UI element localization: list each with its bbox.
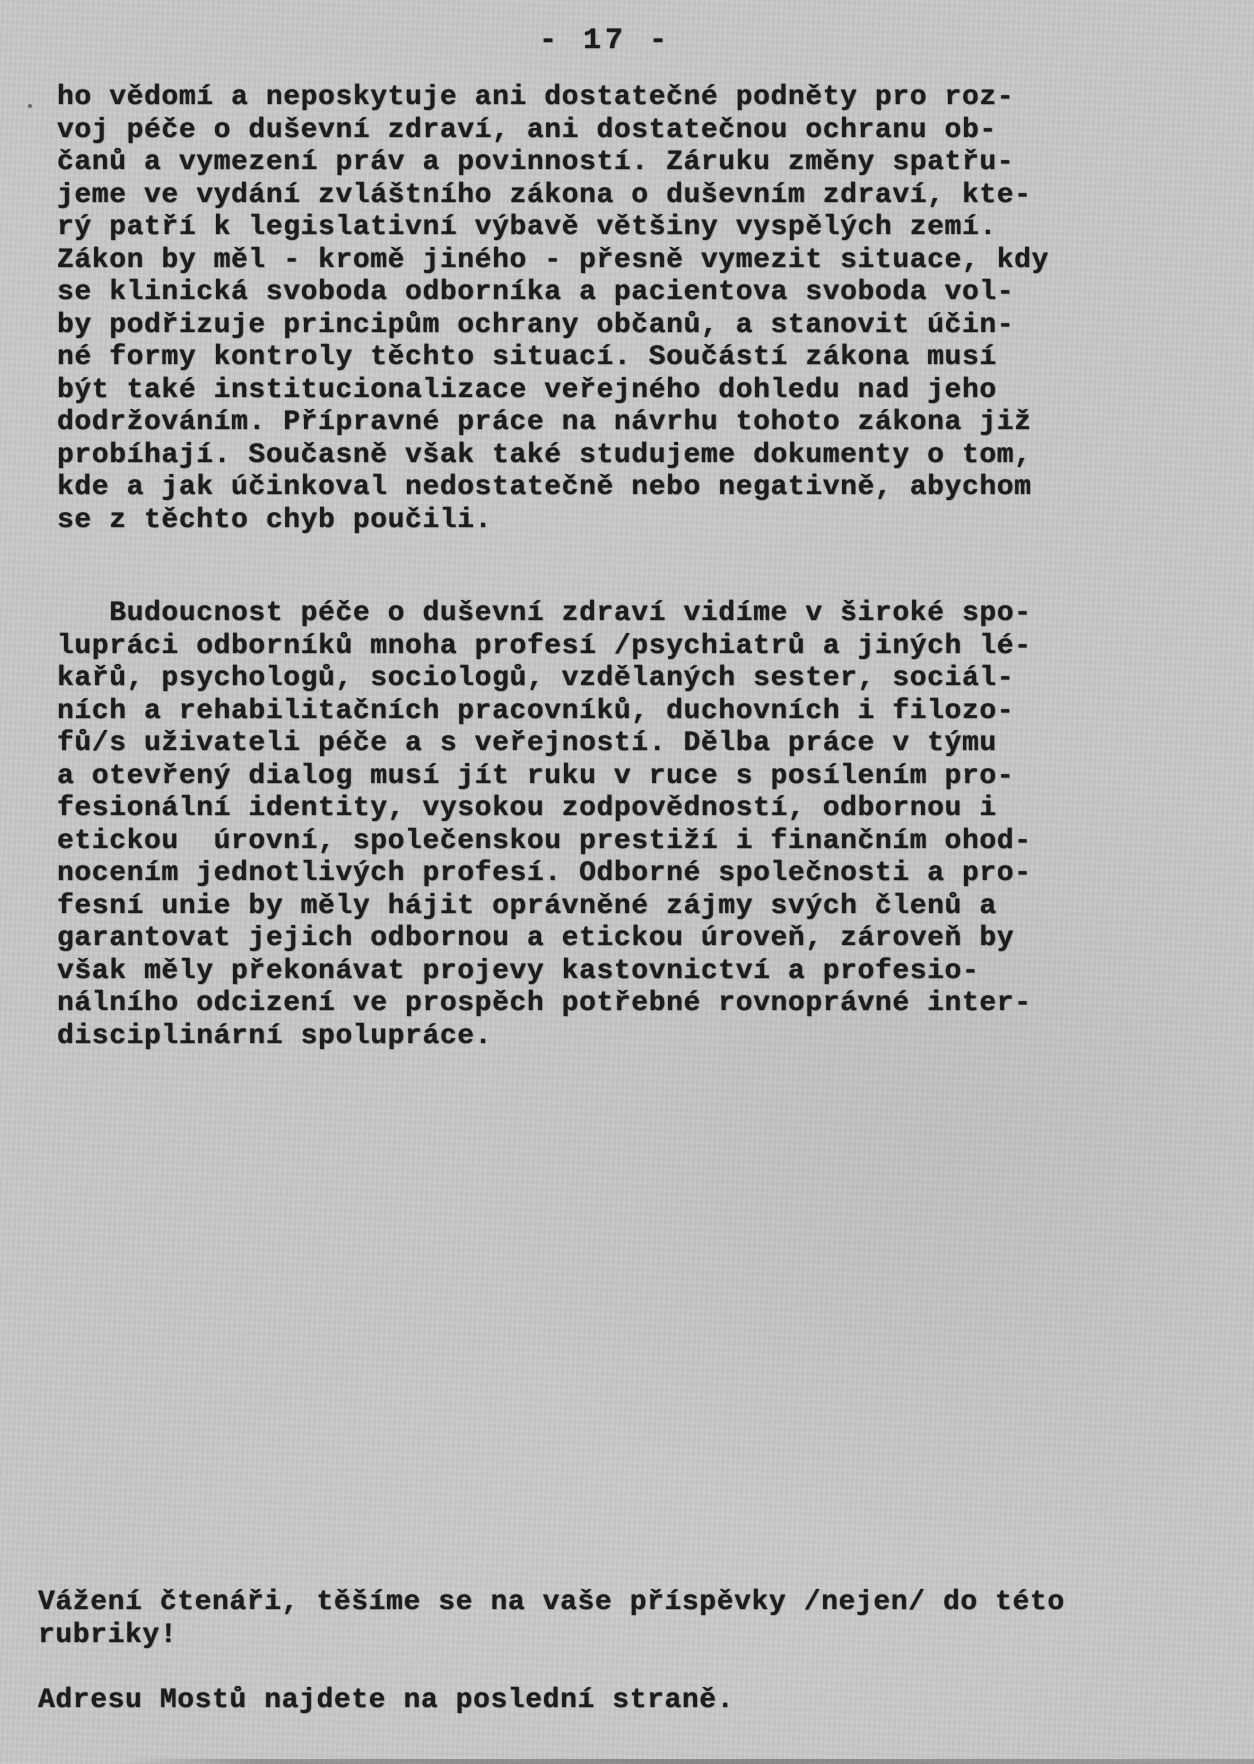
scan-bottom-edge-shadow (120, 1759, 1254, 1764)
ink-smudge-dot (28, 104, 32, 108)
body-paragraph-2: Budoucnost péče o duševní zdraví vidíme … (57, 598, 1032, 1053)
body-paragraph-1: ho vědomí a neposkytuje ani dostatečné p… (57, 82, 1049, 537)
paper-background: - 17 - ho vědomí a neposkytuje ani dosta… (0, 0, 1254, 1764)
page-number: - 17 - (0, 24, 1232, 58)
footer-readers-note: Vážení čtenáři, těšíme se na vaše příspě… (38, 1586, 1065, 1652)
footer-address-note: Adresu Mostů najdete na poslední straně. (38, 1684, 734, 1717)
